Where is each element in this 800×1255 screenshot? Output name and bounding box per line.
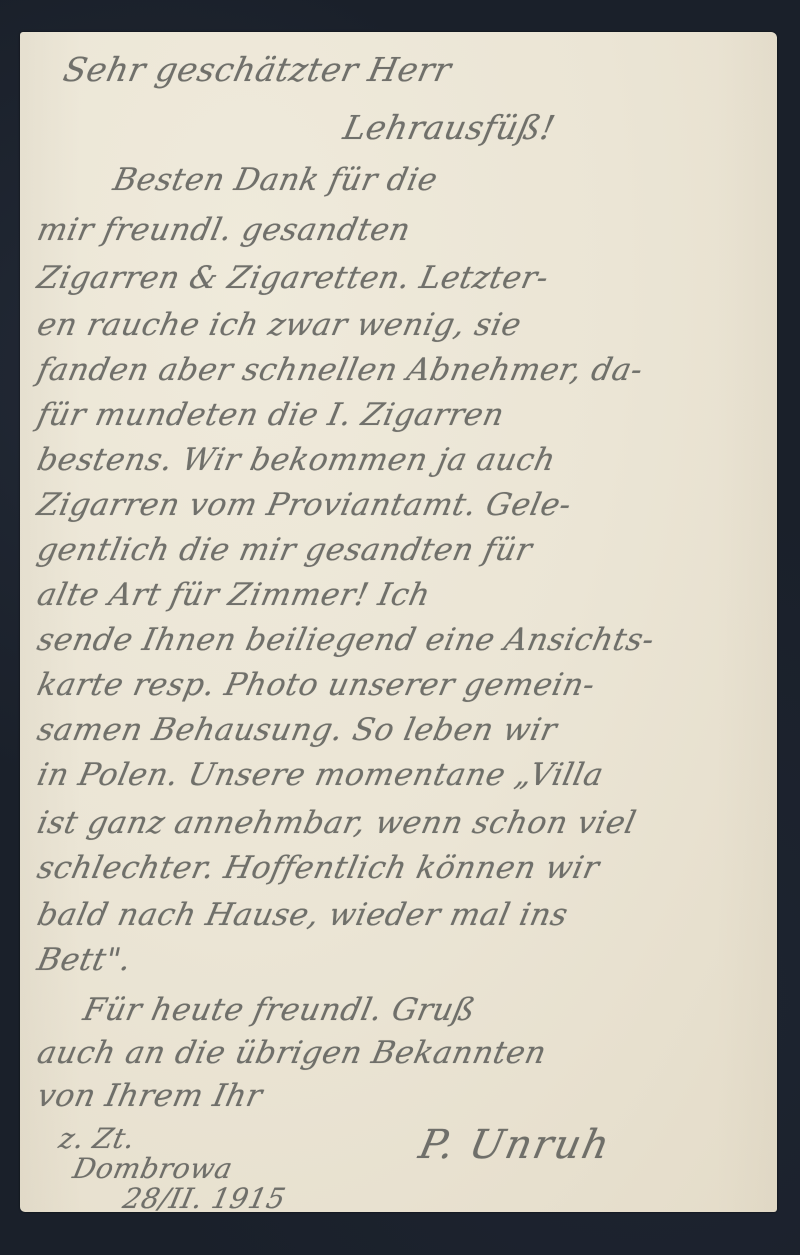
postcard: Sehr geschätzter Herr Lehrausfüß! Besten… [20,32,777,1212]
body-line: sende Ihnen beiliegend eine Ansichts- [34,622,658,658]
body-line: gentlich die mir gesandten für [34,532,535,568]
closing-line: Für heute freundl. Gruß [80,992,479,1028]
body-line: ist ganz annehmbar, wenn schon viel [34,805,639,841]
body-line: bald nach Hause, wieder mal ins [34,897,571,933]
body-line: karte resp. Photo unserer gemein- [34,667,598,703]
place-prefix: z. Zt. [56,1122,138,1155]
place-name: Dombrowa [70,1152,236,1185]
body-line: samen Behausung. So leben wir [34,712,560,748]
body-line: mir freundl. gesandten [34,212,414,248]
body-line: bestens. Wir bekommen ja auch [34,442,559,478]
body-line: fanden aber schnellen Abnehmer, da- [34,352,646,388]
body-line: en rauche ich zwar wenig, sie [34,307,525,343]
closing-line: von Ihrem Ihr [34,1078,266,1114]
body-line: Besten Dank für die [110,162,441,198]
body-line: für mundeten die I. Zigarren [34,397,508,433]
body-line: Bett". [34,942,135,978]
body-line: alte Art für Zimmer! Ich [34,577,434,613]
body-line: Zigarren vom Proviantamt. Gele- [34,487,575,523]
salutation-line-1: Sehr geschätzter Herr [60,50,455,89]
date: 28/II. 1915 [120,1182,289,1215]
body-line: schlechter. Hoffentlich können wir [34,850,603,886]
signature: P. Unruh [415,1122,615,1168]
body-line: in Polen. Unsere momentane „Villa [34,757,607,793]
body-line: Zigarren & Zigaretten. Letzter- [34,260,552,296]
salutation-line-2: Lehrausfüß! [340,108,559,147]
closing-line: auch an die übrigen Bekannten [34,1035,550,1071]
